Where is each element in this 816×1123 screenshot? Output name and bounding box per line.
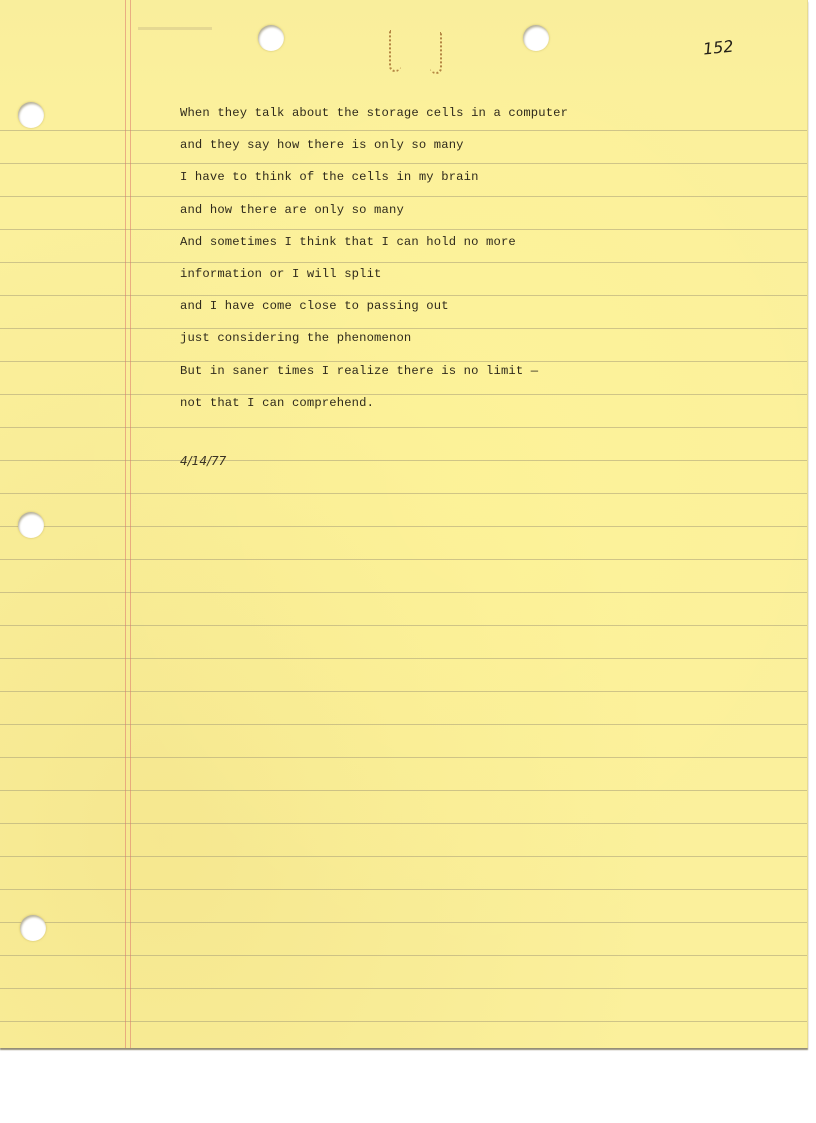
poem-line: And sometimes I think that I can hold no… (180, 232, 568, 264)
poem-line: just considering the phenomenon (180, 328, 568, 360)
poem-line: and how there are only so many (180, 200, 568, 232)
handwritten-date: 4/14/77 (180, 454, 226, 468)
poem-line: not that I can comprehend. (180, 393, 568, 425)
staple-mark-icon (389, 30, 401, 72)
page-number: 152 (702, 36, 734, 58)
punch-hole-icon (258, 25, 284, 51)
poem-line: information or I will split (180, 264, 568, 296)
staple-mark-icon (430, 32, 442, 74)
legal-pad-page: 152 When they talk about the storage cel… (0, 0, 808, 1048)
poem-line: When they talk about the storage cells i… (180, 103, 568, 135)
poem-line: and they say how there is only so many (180, 135, 568, 167)
punch-hole-icon (20, 915, 46, 941)
poem-text: When they talk about the storage cells i… (180, 103, 568, 425)
punch-hole-icon (18, 102, 44, 128)
margin-line (125, 0, 126, 1048)
punch-hole-icon (18, 512, 44, 538)
paper-stub-mark (138, 27, 212, 30)
poem-line: I have to think of the cells in my brain (180, 167, 568, 199)
margin-line (130, 0, 131, 1048)
punch-hole-icon (523, 25, 549, 51)
top-margin-area (0, 0, 807, 100)
poem-line: But in saner times I realize there is no… (180, 361, 568, 393)
poem-line: and I have come close to passing out (180, 296, 568, 328)
